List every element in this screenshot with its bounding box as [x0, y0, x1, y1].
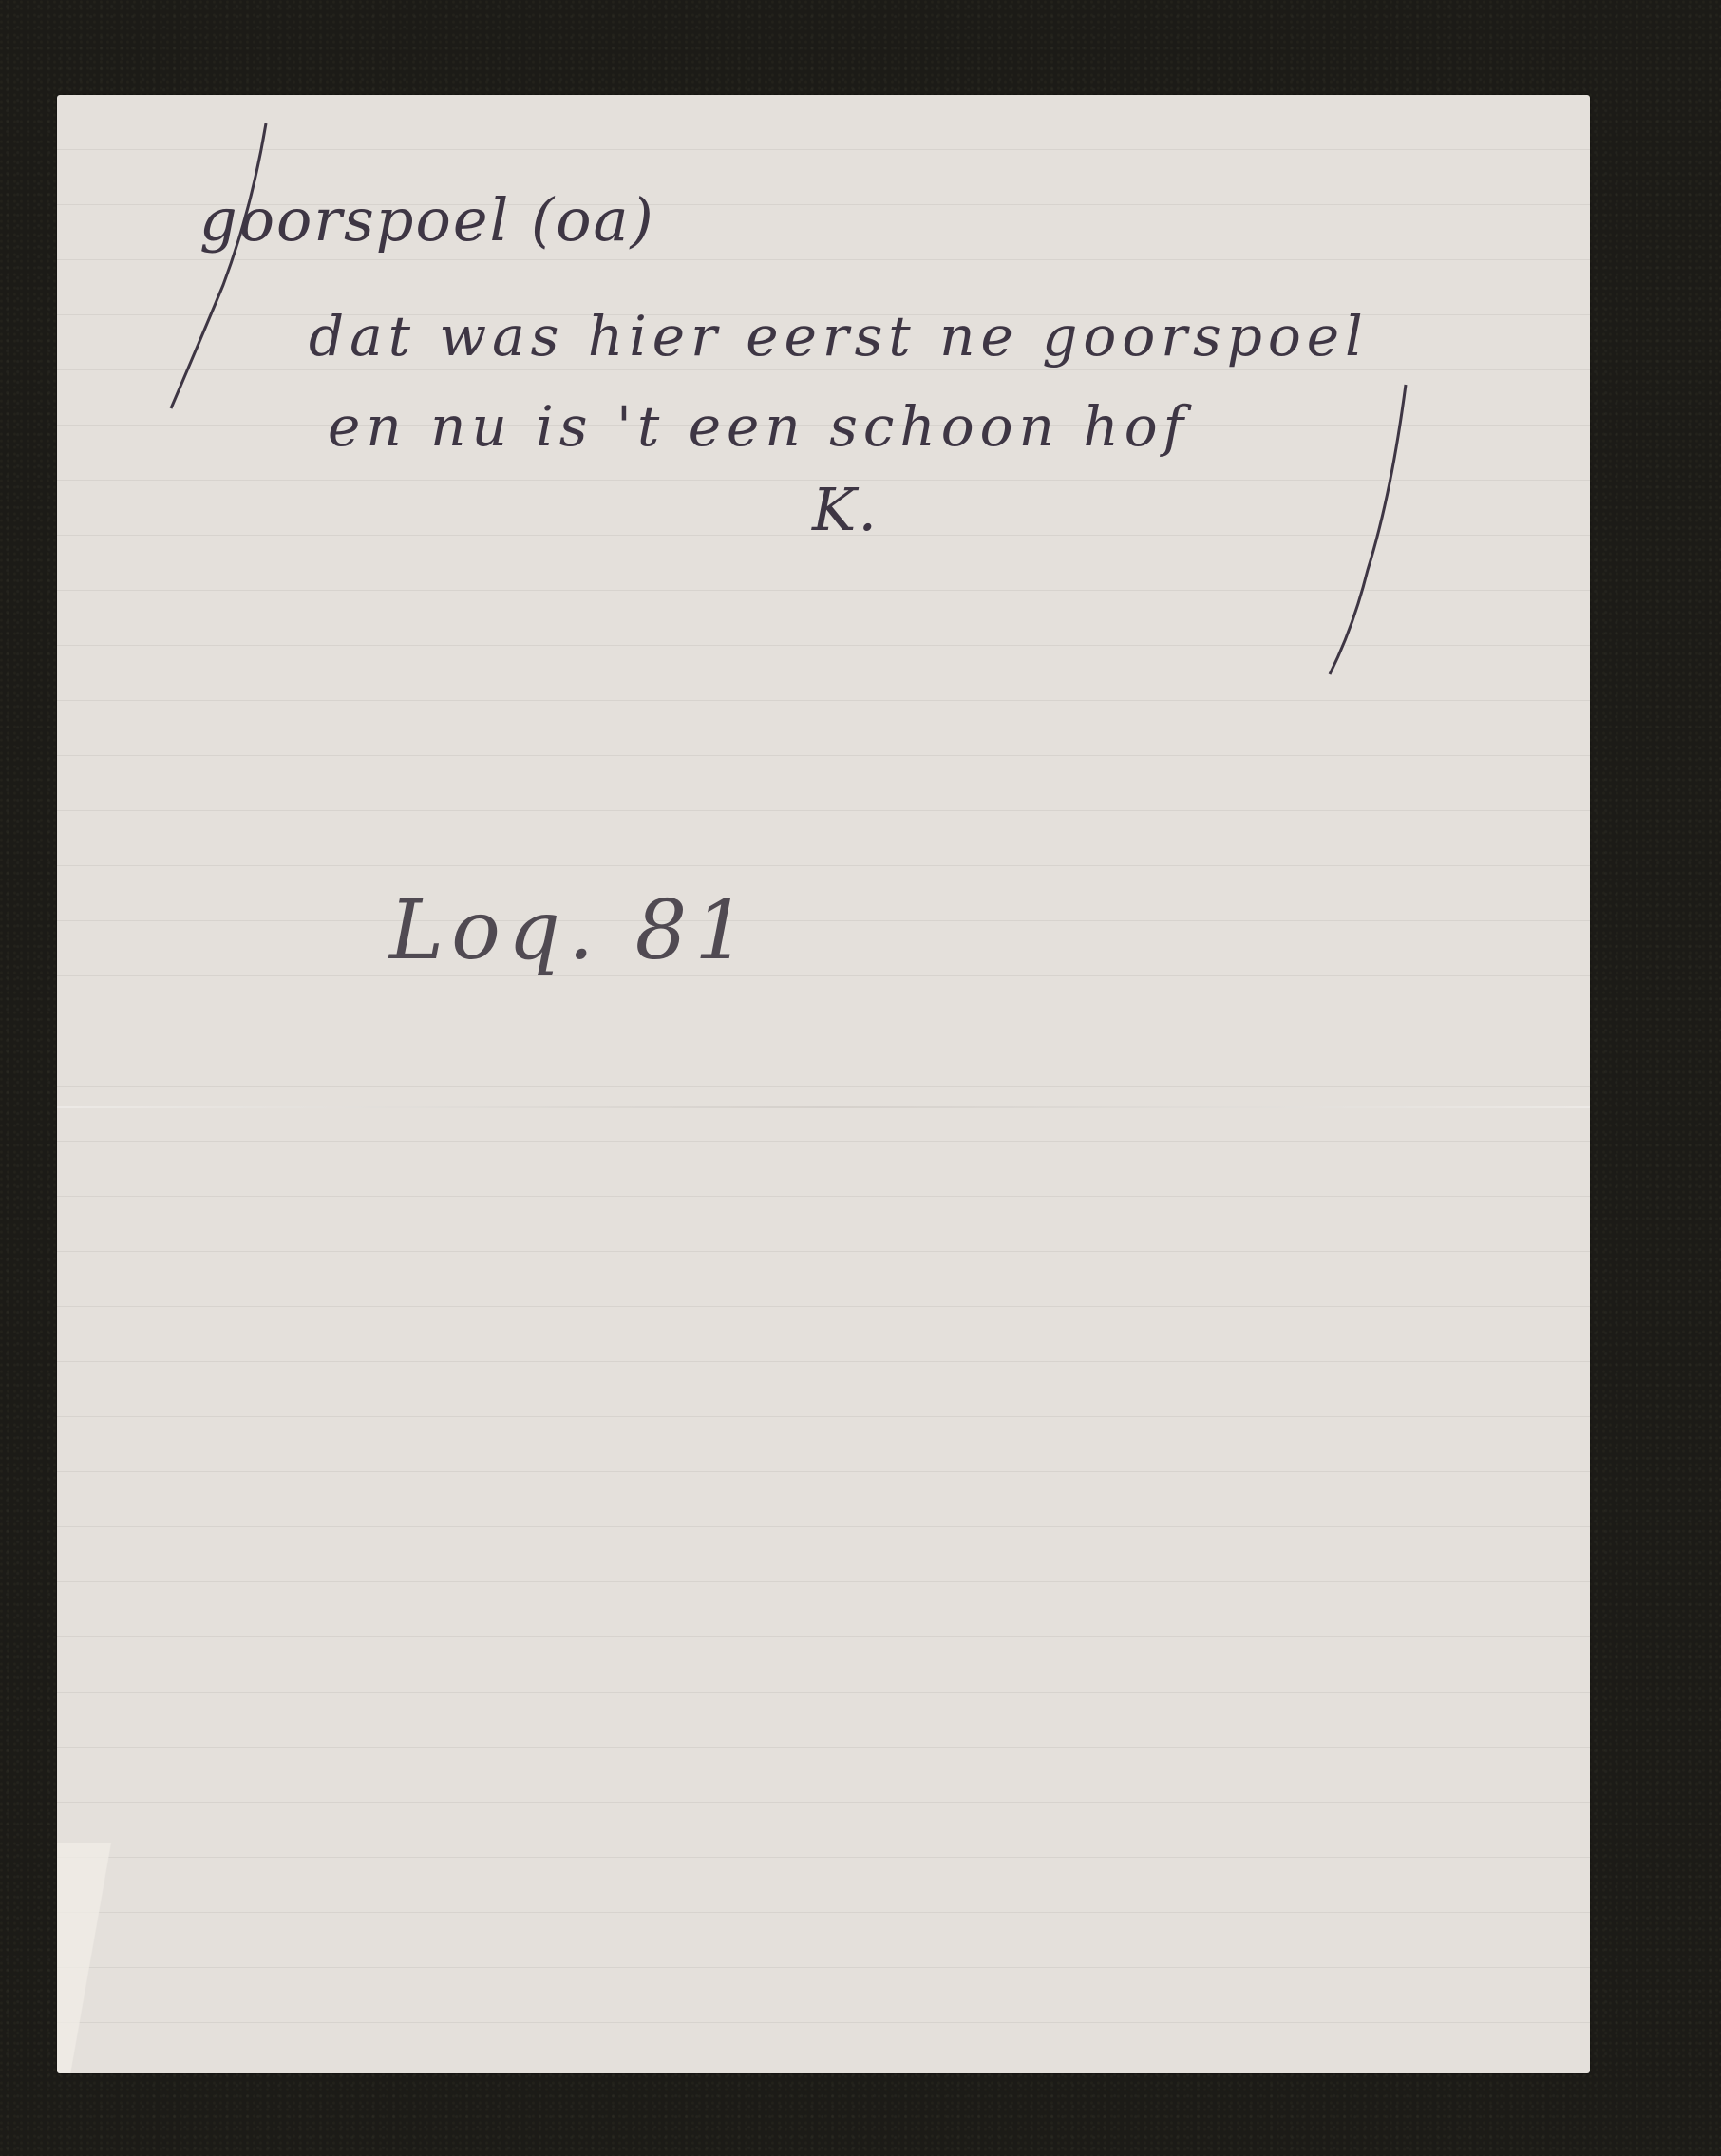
ruled-lines — [57, 95, 1590, 2073]
quote-line-1: dat was hier eerst ne goorspoel — [309, 304, 1369, 369]
author-initial: K. — [812, 475, 879, 544]
document-sheet: goorspoel (oa) dat was hier eerst ne goo… — [57, 95, 1590, 2073]
quote-line-2: en nu is 't een schoon hof — [328, 394, 1189, 459]
headword: goorspoel (oa) — [199, 185, 655, 255]
paper-fold — [57, 1106, 1590, 1108]
paper-crease — [57, 1843, 114, 2073]
reference-number: Loq. 81 — [389, 883, 754, 978]
